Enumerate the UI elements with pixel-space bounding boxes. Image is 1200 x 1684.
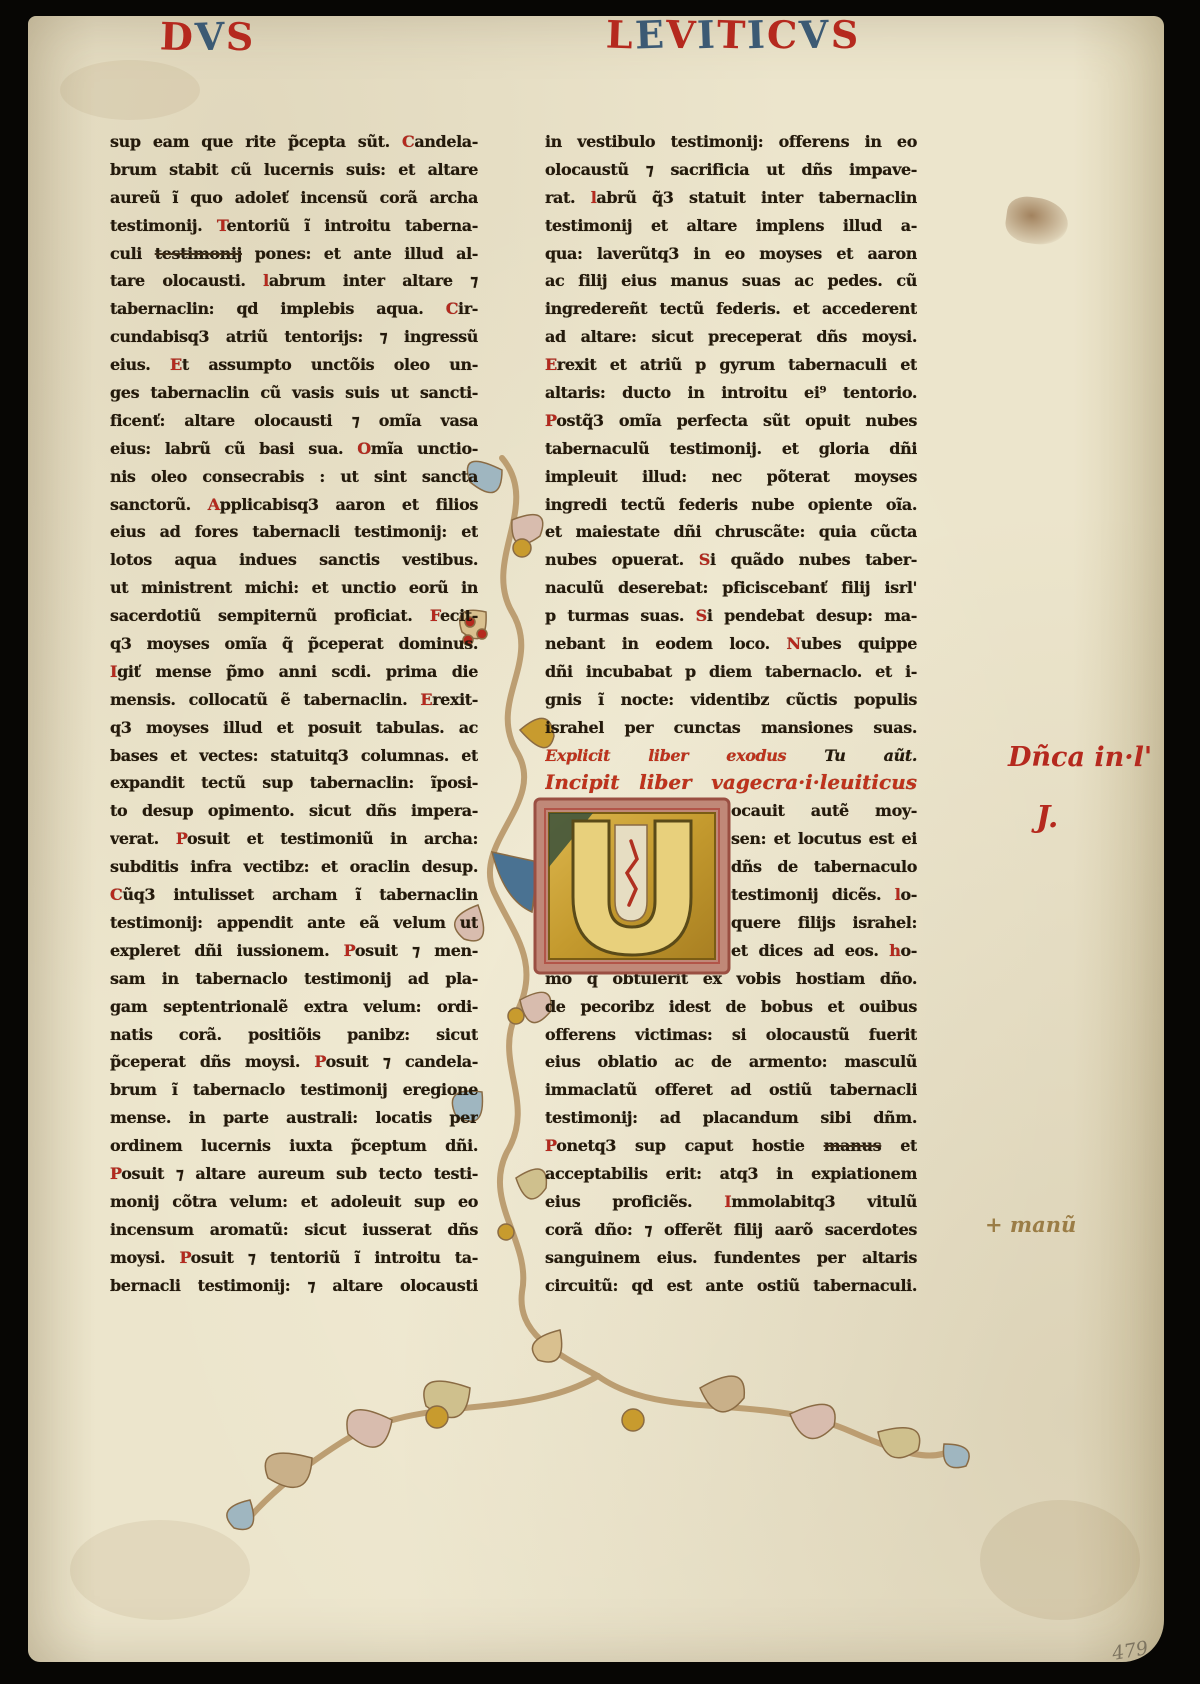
text-line: verat. Posuit et testimoniũ in archa: xyxy=(110,825,478,853)
text-line: eius: labrũ cũ basi sua. Omĩa unctio- xyxy=(110,435,478,463)
text-line: moysi. Posuit ⁊ tentoriũ ĩ introitu ta- xyxy=(110,1244,478,1272)
text-line: incensum aromatũ: sicut iusserat dñs xyxy=(110,1216,478,1244)
running-title-letter: C xyxy=(766,15,798,54)
text-line: de pecoribz idest de bobus et ouibus xyxy=(545,993,917,1021)
text-line: bases et vectes: statuitq3 columnas. et xyxy=(110,742,478,770)
text-line: ac filij eius manus suas ac pedes. cũ xyxy=(545,267,917,295)
text-line: sacerdotiũ sempiternũ proficiat. Fecit- xyxy=(110,602,478,630)
text-line: to desup opimento. sicut dñs impera- xyxy=(110,797,478,825)
rubric-line: Explicit liber exodus Tu aũt. xyxy=(545,742,917,770)
text-line: culi testimonij pones: et ante illud al- xyxy=(110,240,478,268)
text-line: acceptabilis erit: atq3 in expiationem xyxy=(545,1160,917,1188)
manuscript-photo: DVS LEVITICVS sup eam que rite p̃cepta s… xyxy=(0,0,1200,1684)
text-line: testimonij: appendit ante eã velum ut xyxy=(110,909,478,937)
text-line: eius oblatio ac de armento: masculũ xyxy=(545,1048,917,1076)
text-line: q3 moyses illud et posuit tabulas. ac xyxy=(110,714,478,742)
text-line: circuitũ: qd est ante ostiũ tabernaculi. xyxy=(545,1272,917,1300)
text-line: p turmas suas. Si pendebat desup: ma- xyxy=(545,602,917,630)
text-line: lotos aqua indues sanctis vestibus. xyxy=(110,546,478,574)
text-line: in vestibulo testimonij: offerens in eo xyxy=(545,128,917,156)
running-title-letter: T xyxy=(716,16,746,55)
text-line: ad altare: sicut preceperat dñs moysi. xyxy=(545,323,917,351)
text-line: testimonij: ad placandum sibi dñm. xyxy=(545,1104,917,1132)
text-line: q3 moyses omĩa q̃ p̃ceperat dominus. xyxy=(110,630,478,658)
text-line: mensis. collocatũ ẽ tabernaclin. Erexit- xyxy=(110,686,478,714)
text-line: et dices ad eos. ho- xyxy=(731,937,917,965)
text-line: Erexit et atriũ p gyrum tabernaculi et xyxy=(545,351,917,379)
text-line: ingredereñt tectũ federis. et accederent xyxy=(545,295,917,323)
text-line: testimonij. Tentoriũ ĩ introitu taberna- xyxy=(110,212,478,240)
text-line: cundabisq3 atriũ tentorijs: ⁊ ingressũ xyxy=(110,323,478,351)
text-line: eius. Et assumpto unctõis oleo un- xyxy=(110,351,478,379)
text-line: ordinem lucernis iuxta p̃ceptum dñi. xyxy=(110,1132,478,1160)
running-title-letter: S xyxy=(226,18,255,57)
text-line: nebant in eodem loco. Nubes quippe xyxy=(545,630,917,658)
text-line: aureũ ĩ quo adoleť incensũ corã archa xyxy=(110,184,478,212)
text-column-left: sup eam que rite p̃cepta sũt. Candela-br… xyxy=(110,128,478,1299)
text-line: nubes opuerat. Si quãdo nubes taber- xyxy=(545,546,917,574)
margin-lection-note: Dñca in·l' xyxy=(1008,742,1152,773)
illuminated-initial-U xyxy=(533,797,731,975)
text-line: brum ĩ tabernaclo testimonij eregione xyxy=(110,1076,478,1104)
text-line: tare olocausti. labrum inter altare ⁊ xyxy=(110,267,478,295)
text-line: Posuit ⁊ altare aureum sub tecto testi- xyxy=(110,1160,478,1188)
text-line: dñi incubabat p diem tabernaclo. et i- xyxy=(545,658,917,686)
running-title-letter: I xyxy=(697,16,716,55)
text-line: subditis infra vectibz: et oraclin desup… xyxy=(110,853,478,881)
text-line: quere filijs israhel: xyxy=(731,909,917,937)
text-line: israhel per cunctas mansiones suas. xyxy=(545,714,917,742)
text-line: olocaustũ ⁊ sacrificia ut dñs impave- xyxy=(545,156,917,184)
margin-correction-note: + manũ xyxy=(985,1212,1076,1237)
running-title-right: LEVITICVS xyxy=(606,16,860,54)
text-line: mense. in parte australi: locatis per xyxy=(110,1104,478,1132)
text-line: corã dño: ⁊ offerẽt filij aarõ sacerdote… xyxy=(545,1216,917,1244)
text-line: ficenť: altare olocausti ⁊ omĩa vasa xyxy=(110,407,478,435)
text-line: bernacli testimonij: ⁊ altare olocausti xyxy=(110,1272,478,1300)
running-title-letter: D xyxy=(159,17,193,56)
text-line: immaclatũ offeret ad ostiũ tabernacli xyxy=(545,1076,917,1104)
text-line: p̃ceperat dñs moysi. Posuit ⁊ candela- xyxy=(110,1048,478,1076)
text-line: Ponetq3 sup caput hostie manus et xyxy=(545,1132,917,1160)
folio-number: 479 xyxy=(1110,1637,1150,1665)
margin-lection-note-mark: J. xyxy=(1036,800,1058,835)
text-line: impleuit illud: nec põterat moyses xyxy=(545,463,917,491)
running-title-letter: V xyxy=(799,15,830,54)
running-title-letter: L xyxy=(605,16,633,55)
text-line: gnis ĩ nocte: videntibz cũctis populis xyxy=(545,686,917,714)
text-line: Cũq3 intulisset archam ĩ tabernaclin xyxy=(110,881,478,909)
text-line: ocauit autẽ moy- xyxy=(731,797,917,825)
text-column-right: in vestibulo testimonij: offerens in eoo… xyxy=(545,128,917,1299)
text-line: Postq̃3 omĩa perfecta sũt opuit nubes xyxy=(545,407,917,435)
text-line: eius ad fores tabernacli testimonij: et xyxy=(110,518,478,546)
text-line: altaris: ducto in introitu ei⁹ tentorio. xyxy=(545,379,917,407)
text-line: eius proficiẽs. Immolabitq3 vitulũ xyxy=(545,1188,917,1216)
text-line: expandit tectũ sup tabernaclin: ĩposi- xyxy=(110,769,478,797)
text-line: naculũ deserebat: pficiscebanť filij isr… xyxy=(545,574,917,602)
rubric-line: Incipit liber vagecra·i·leuiticus xyxy=(545,769,917,797)
text-line: dñs de tabernaculo xyxy=(731,853,917,881)
running-title-left: DVS xyxy=(160,18,256,56)
running-title-letter: V xyxy=(194,17,225,56)
running-title-letter: I xyxy=(747,16,766,55)
text-line: Igiť mense p̃mo anni scdi. prima die xyxy=(110,658,478,686)
text-line: testimonij et altare implens illud a- xyxy=(545,212,917,240)
text-line: ingredi tectũ federis nube opiente oĩa. xyxy=(545,491,917,519)
running-title-letter: S xyxy=(830,16,859,55)
text-line: sanguinem eius. fundentes per altaris xyxy=(545,1244,917,1272)
text-line: brum stabit cũ lucernis suis: et altare xyxy=(110,156,478,184)
running-title-letter: E xyxy=(634,16,664,55)
text-line: offerens victimas: si olocaustũ fuerit xyxy=(545,1021,917,1049)
text-line: monij cõtra velum: et adoleuit sup eo xyxy=(110,1188,478,1216)
text-line: sup eam que rite p̃cepta sũt. Candela- xyxy=(110,128,478,156)
text-line: gam septentrionalẽ extra velum: ordi- xyxy=(110,993,478,1021)
text-line: natis corã. positiõis panibz: sicut xyxy=(110,1021,478,1049)
text-line: sam in tabernaclo testimonij ad pla- xyxy=(110,965,478,993)
text-line: qua: laverũtq3 in eo moyses et aaron xyxy=(545,240,917,268)
text-line: sen: et locutus est ei xyxy=(731,825,917,853)
text-line: tabernaclin: qd implebis aqua. Cir- xyxy=(110,295,478,323)
text-line: rat. labrũ q̃3 statuit inter tabernaclin xyxy=(545,184,917,212)
text-line: ges tabernaclin cũ vasis suis ut sancti- xyxy=(110,379,478,407)
text-line: sanctorũ. Applicabisq3 aaron et filios xyxy=(110,491,478,519)
text-line: testimonij dicẽs. lo- xyxy=(731,881,917,909)
text-line: et maiestate dñi chruscãte: quia cũcta xyxy=(545,518,917,546)
text-line: nis oleo consecrabis : ut sint sancta xyxy=(110,463,478,491)
text-line: tabernaculũ testimonij. et gloria dñi xyxy=(545,435,917,463)
text-line: expleret dñi iussionem. Posuit ⁊ men- xyxy=(110,937,478,965)
running-title-letter: V xyxy=(665,15,696,54)
text-line: ut ministrent michi: et unctio eorũ in xyxy=(110,574,478,602)
